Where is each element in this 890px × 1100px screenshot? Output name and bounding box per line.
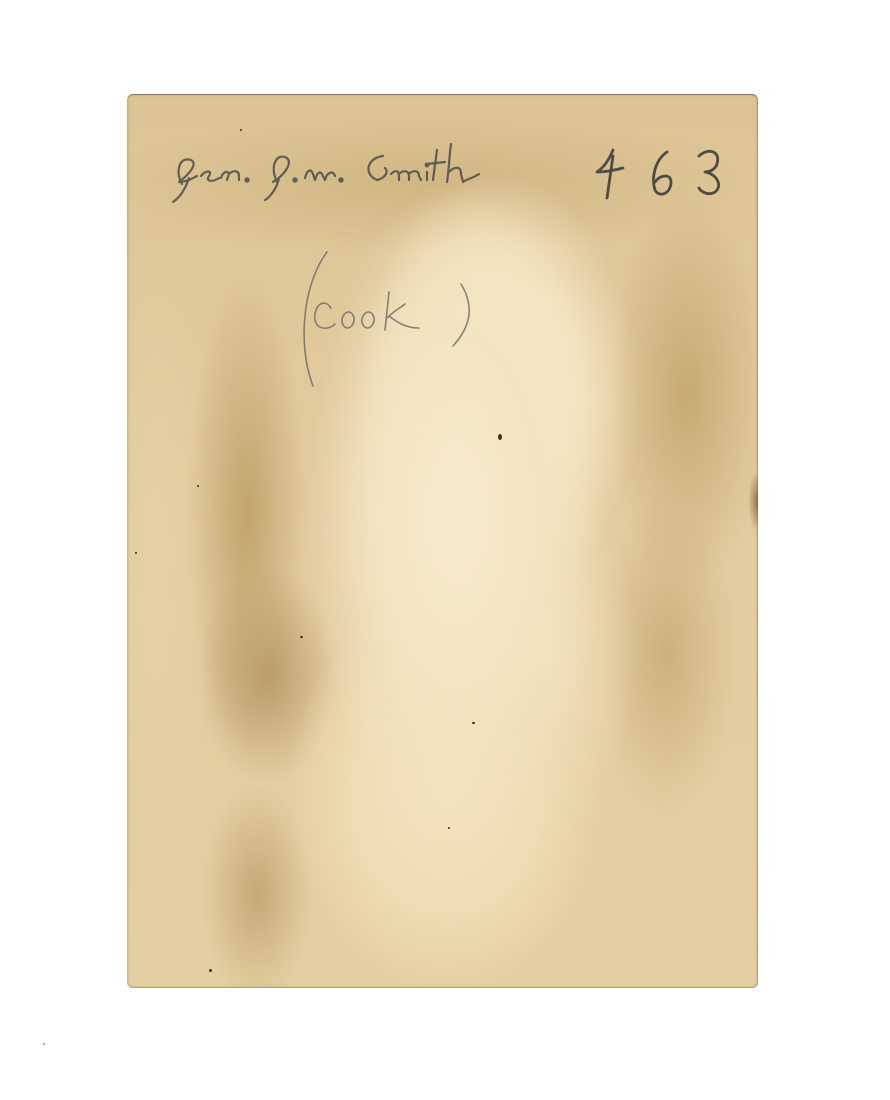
ink-speck	[197, 485, 199, 487]
ink-speck	[209, 969, 212, 972]
ink-speck	[240, 129, 242, 131]
scan-dust-speck	[43, 1043, 45, 1045]
ink-speck	[472, 722, 475, 724]
ink-speck	[135, 552, 137, 554]
handwritten-inscription	[127, 94, 758, 988]
ink-speck	[448, 827, 450, 829]
ink-speck	[300, 636, 303, 638]
photo-card-back: Gen. G. W. Smith 463 (Cook)	[127, 94, 758, 988]
edge-stain	[749, 474, 758, 529]
ink-speck	[498, 434, 502, 440]
